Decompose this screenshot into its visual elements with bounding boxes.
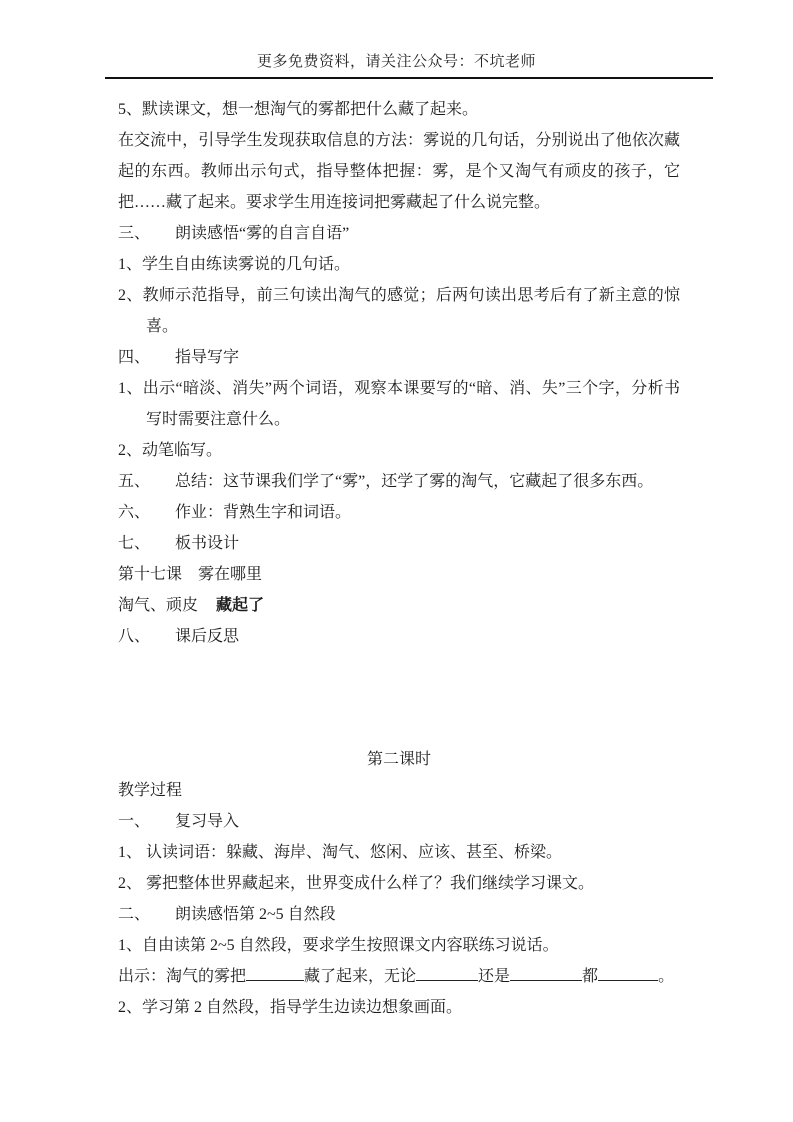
section-number: 四、: [118, 342, 175, 373]
numbered-item: 2、 雾把整体世界藏起来，世界变成什么样了？我们继续学习课文。: [118, 868, 680, 899]
page-header: 更多免费资料，请关注公众号：不坑老师: [0, 0, 793, 79]
header-notice: 更多免费资料，请关注公众号：不坑老师: [0, 50, 793, 71]
numbered-item: 1、学生自由练读雾说的几句话。: [118, 249, 680, 280]
fill-segment: 都: [582, 968, 598, 985]
section-heading: 一、复习导入: [118, 806, 680, 837]
section-number: 八、: [118, 621, 175, 652]
process-label: 教学过程: [118, 775, 680, 806]
fill-segment: 。: [658, 968, 674, 985]
section-heading: 二、朗读感悟第 2~5 自然段: [118, 899, 680, 930]
fill-blank: [246, 965, 304, 981]
board-keyword-bold: 藏起了: [216, 597, 264, 614]
numbered-item: 2、动笔临写。: [118, 435, 680, 466]
section-number: 三、: [118, 218, 175, 249]
section-title: 朗读感悟第 2~5 自然段: [175, 906, 336, 923]
section-heading: 六、作业：背熟生字和词语。: [118, 497, 680, 528]
numbered-item: 1、出示“暗淡、消失”两个词语，观察本课要写的“暗、消、失”三个字，分析书写时需…: [118, 373, 680, 435]
fill-segment: 还是: [478, 968, 510, 985]
section-title: 朗读感悟“雾的自言自语”: [175, 225, 349, 242]
section-title: 作业：背熟生字和词语。: [175, 504, 351, 521]
board-design-line: 淘气、顽皮藏起了: [118, 590, 680, 621]
section-title: 复习导入: [175, 813, 239, 830]
numbered-item: 2、学习第 2 自然段，指导学生边读边想象画面。: [118, 992, 680, 1023]
board-design-line: 第十七课 雾在哪里: [118, 559, 680, 590]
fill-blank: [510, 965, 582, 981]
numbered-item: 1、自由读第 2~5 自然段，要求学生按照课文内容联练习说话。: [118, 930, 680, 961]
paragraph: 在交流中，引导学生发现获取信息的方法：雾说的几句话，分别说出了他依次藏起的东西。…: [118, 125, 680, 218]
section-title: 指导写字: [175, 349, 239, 366]
numbered-item: 5、默读课文，想一想淘气的雾都把什么藏了起来。: [118, 94, 680, 125]
section-number: 六、: [118, 497, 175, 528]
board-keyword: 淘气、顽皮: [118, 597, 198, 614]
section-heading: 八、课后反思: [118, 621, 680, 652]
section-title: 课后反思: [175, 628, 239, 645]
section-heading: 四、指导写字: [118, 342, 680, 373]
fill-in-blank-line: 出示：淘气的雾把藏了起来，无论还是都。: [118, 961, 680, 992]
section-number: 二、: [118, 899, 175, 930]
section-title: 板书设计: [175, 535, 239, 552]
numbered-item: 1、 认读词语：躲藏、海岸、淘气、悠闲、应该、甚至、桥梁。: [118, 837, 680, 868]
section-heading: 三、朗读感悟“雾的自言自语”: [118, 218, 680, 249]
header-rule: [105, 77, 713, 79]
section-heading: 七、板书设计: [118, 528, 680, 559]
fill-blank: [416, 965, 478, 981]
numbered-item: 2、教师示范指导，前三句读出淘气的感觉；后两句读出思考后有了新主意的惊喜。: [118, 280, 680, 342]
document-page: 更多免费资料，请关注公众号：不坑老师 5、默读课文，想一想淘气的雾都把什么藏了起…: [0, 0, 793, 1122]
section-heading: 五、总结：这节课我们学了“雾”，还学了雾的淘气，它藏起了很多东西。: [118, 466, 680, 497]
fill-segment: 出示：淘气的雾把: [118, 968, 246, 985]
fill-blank: [598, 965, 658, 981]
section-title: 总结：这节课我们学了“雾”，还学了雾的淘气，它藏起了很多东西。: [175, 473, 653, 490]
document-body: 5、默读课文，想一想淘气的雾都把什么藏了起来。 在交流中，引导学生发现获取信息的…: [118, 94, 680, 1023]
fill-segment: 藏了起来，无论: [304, 968, 416, 985]
section-number: 一、: [118, 806, 175, 837]
lesson2-title: 第二课时: [118, 744, 680, 775]
section-number: 七、: [118, 528, 175, 559]
section-number: 五、: [118, 466, 175, 497]
